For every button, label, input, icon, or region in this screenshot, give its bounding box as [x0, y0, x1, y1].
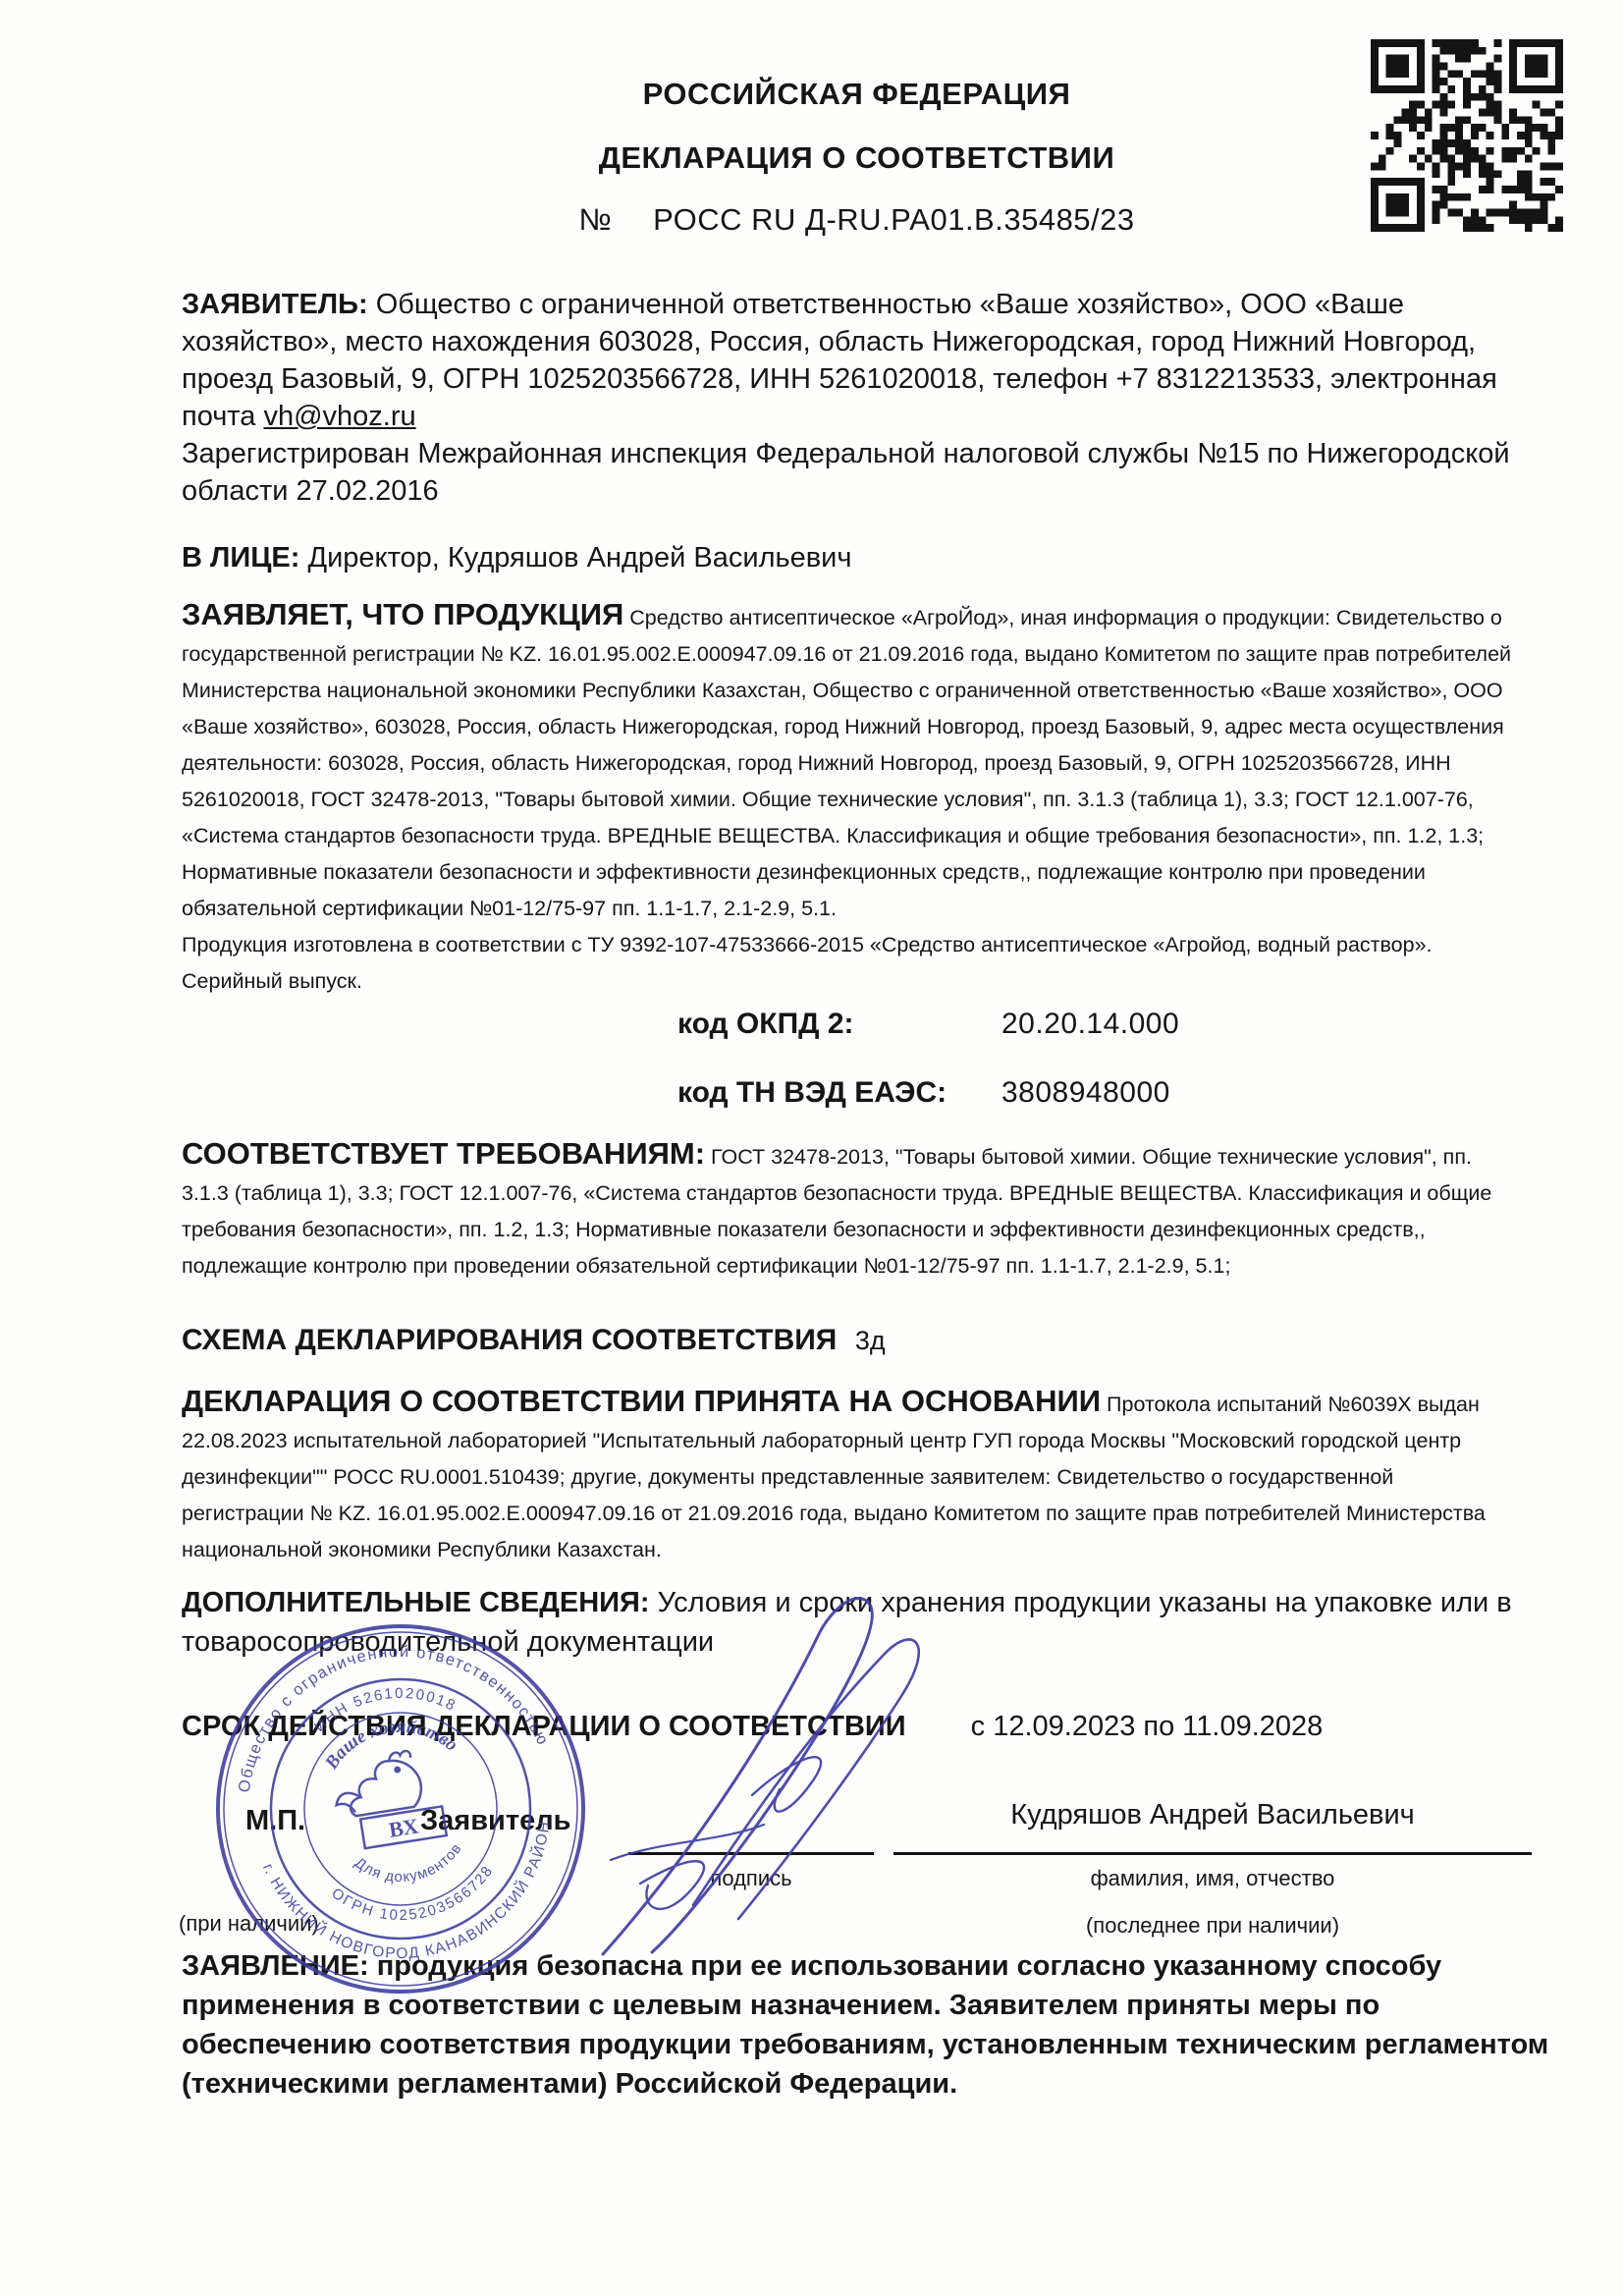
name-line — [893, 1852, 1532, 1855]
section-additional: ДОПОЛНИТЕЛЬНЫЕ СВЕДЕНИЯ: Условия и сроки… — [182, 1583, 1546, 1662]
declaration-number: №РОСС RU Д-RU.РА01.В.35485/23 — [182, 202, 1532, 238]
okpd-code-value: 20.20.14.000 — [1001, 1008, 1179, 1041]
name-caption-2: (последнее при наличии) — [893, 1913, 1532, 1939]
rooster-emblem — [330, 1749, 424, 1819]
statement-text: продукция безопасна при ее использовании… — [182, 1950, 1548, 2100]
declares-label: ЗАЯВЛЯЕТ, ЧТО ПРОДУКЦИЯ — [182, 597, 623, 631]
okpd-code-label: код ОКПД 2: — [677, 1008, 854, 1041]
complies-label: СООТВЕТСТВУЕТ ТРЕБОВАНИЯМ: — [182, 1136, 705, 1171]
country-title: РОССИЙСКАЯ ФЕДЕРАЦИЯ — [182, 77, 1532, 112]
applicant-word: Заявитель — [420, 1805, 570, 1837]
document-header: РОССИЙСКАЯ ФЕДЕРАЦИЯ ДЕКЛАРАЦИЯ О СООТВЕ… — [182, 77, 1532, 238]
basis-label: ДЕКЛАРАЦИЯ О СООТВЕТСТВИИ ПРИНЯТА НА ОСН… — [182, 1384, 1101, 1418]
validity-value: с 12.09.2023 по 11.09.2028 — [971, 1711, 1324, 1742]
stamp-monogram: ВХ — [387, 1814, 420, 1842]
section-statement: ЗАЯВЛЕНИЕ: продукция безопасна при ее ис… — [182, 1946, 1561, 2104]
declaration-document: РОССИЙСКАЯ ФЕДЕРАЦИЯ ДЕКЛАРАЦИЯ О СООТВЕ… — [0, 0, 1623, 2296]
scheme-value: 3д — [855, 1326, 886, 1355]
statement-label: ЗАЯВЛЕНИЕ: — [182, 1950, 369, 1982]
section-complies: СООТВЕТСТВУЕТ ТРЕБОВАНИЯМ: ГОСТ 32478-20… — [182, 1135, 1512, 1285]
section-scheme: СХЕМА ДЕКЛАРИРОВАНИЯ СООТВЕТСТВИЯ 3д — [182, 1324, 886, 1357]
mp-label: М.П. — [245, 1805, 305, 1837]
validity-label: СРОК ДЕЙСТВИЯ ДЕКЛАРАЦИИ О СООТВЕТСТВИИ — [182, 1711, 906, 1742]
declares-text: Средство антисептическое «АгроЙод», иная… — [182, 606, 1511, 920]
stamp-purpose-text: Для документов — [350, 1838, 469, 1894]
applicant-label: ЗАЯВИТЕЛЬ: — [182, 289, 368, 320]
section-applicant: ЗАЯВИТЕЛЬ: Общество с ограниченной ответ… — [182, 286, 1517, 510]
document-title: ДЕКЛАРАЦИЯ О СООТВЕТСТВИИ — [182, 140, 1532, 176]
declares-serial: Серийный выпуск. — [182, 963, 1512, 1000]
number-sign: № — [578, 202, 612, 237]
tnved-code-label: код ТН ВЭД ЕАЭС: — [677, 1076, 947, 1110]
signature-caption: подпись — [628, 1866, 874, 1891]
name-caption: фамилия, имя, отчество — [893, 1866, 1532, 1891]
svg-text:Для документов: Для документов — [350, 1838, 469, 1894]
stamp-ogrn-text: ОГРН 1025203566728 — [326, 1860, 503, 1936]
section-in-person: В ЛИЦЕ: Директор, Кудряшов Андрей Василь… — [182, 539, 1517, 576]
mp-caption: (при наличии) — [179, 1911, 319, 1937]
section-declares: ЗАЯВЛЯЕТ, ЧТО ПРОДУКЦИЯ Средство антисеп… — [182, 596, 1512, 1000]
signatory-name: Кудряшов Андрей Васильевич — [893, 1799, 1532, 1831]
signature-line — [628, 1852, 874, 1855]
tnved-code-value: 3808948000 — [1001, 1076, 1170, 1110]
svg-text:ОГРН 1025203566728: ОГРН 1025203566728 — [326, 1860, 503, 1936]
declares-paragraph: ЗАЯВЛЯЕТ, ЧТО ПРОДУКЦИЯ Средство антисеп… — [182, 596, 1512, 927]
applicant-email: vh@vhoz.ru — [263, 401, 415, 432]
additional-label: ДОПОЛНИТЕЛЬНЫЕ СВЕДЕНИЯ: — [182, 1587, 650, 1618]
declares-made-in: Продукция изготовлена в соответствии с Т… — [182, 927, 1512, 963]
applicant-registered: Зарегистрирован Межрайонная инспекция Фе… — [182, 435, 1517, 510]
number-value: РОСС RU Д-RU.РА01.В.35485/23 — [653, 202, 1135, 237]
section-basis: ДЕКЛАРАЦИЯ О СООТВЕТСТВИИ ПРИНЯТА НА ОСН… — [182, 1383, 1512, 1568]
scheme-label: СХЕМА ДЕКЛАРИРОВАНИЯ СООТВЕТСТВИЯ — [182, 1324, 837, 1356]
in-person-text: Директор, Кудряшов Андрей Васильевич — [307, 542, 851, 574]
section-validity: СРОК ДЕЙСТВИЯ ДЕКЛАРАЦИИ О СООТВЕТСТВИИ … — [182, 1711, 1323, 1743]
applicant-paragraph: ЗАЯВИТЕЛЬ: Общество с ограниченной ответ… — [182, 286, 1517, 435]
in-person-label: В ЛИЦЕ: — [182, 542, 299, 574]
